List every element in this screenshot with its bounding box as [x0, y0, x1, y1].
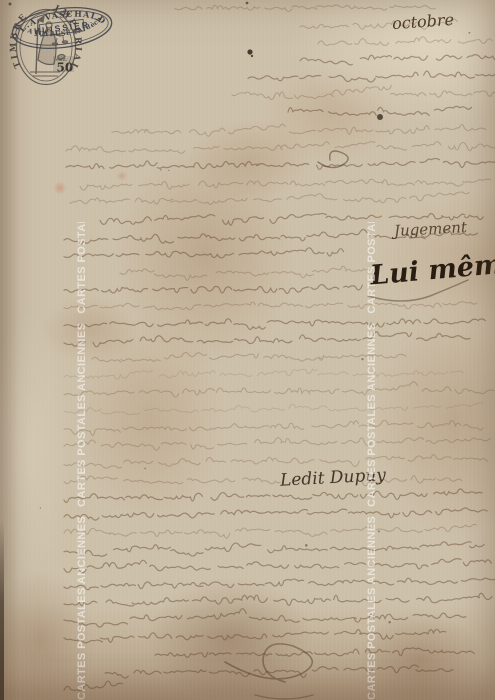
huissier-oval-stamp: L.A. VASCHALDE HUISSIER A JOYEUSE (Ardèc…: [0, 0, 160, 70]
handwritten-word-jugement: Jugement: [394, 218, 468, 240]
scan-edge-shadow: [0, 520, 4, 700]
document-page: octobre Jugement Lui même Ledit Dupuy ce…: [0, 0, 495, 700]
